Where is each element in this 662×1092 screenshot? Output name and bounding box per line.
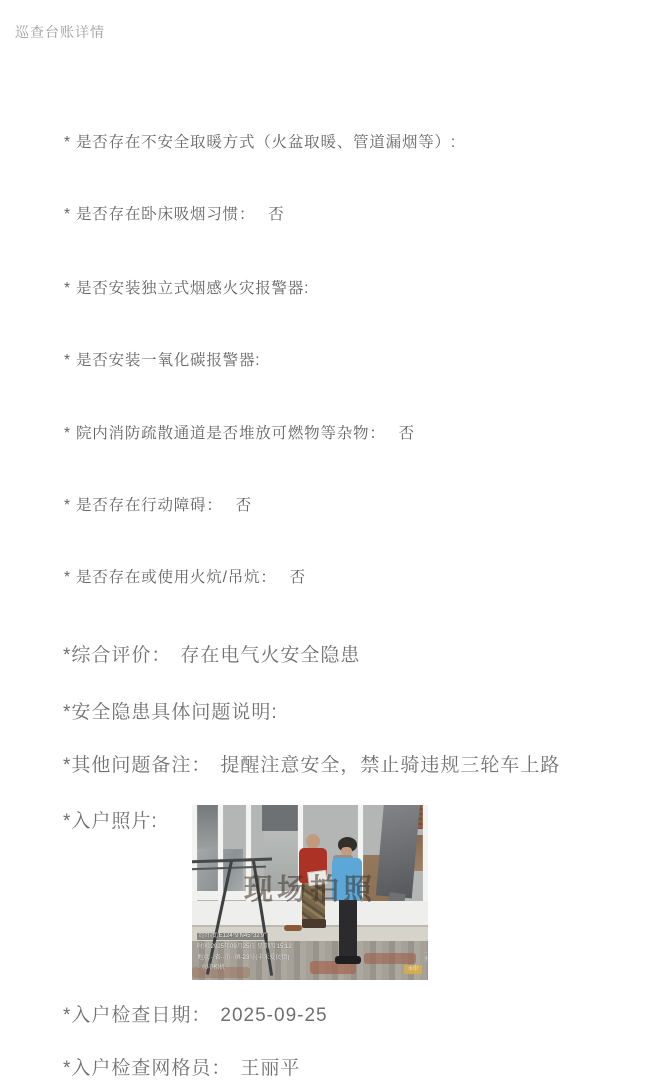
photo-screen-tarp <box>376 805 420 898</box>
question-label: * 是否存在不安全取暖方式（火盆取暖、管道漏烟等）: <box>64 134 456 151</box>
question-answer: 否 <box>290 569 306 586</box>
photo-grid-worker-person <box>335 956 361 964</box>
photo-resident-person <box>306 834 320 849</box>
question-row-kang: * 是否存在或使用火炕/吊炕：否 <box>64 568 306 588</box>
photo-watermark-badge: 水印 <box>404 965 422 974</box>
grid-worker-label: *入户检查网格员： <box>63 1058 231 1079</box>
photo-watermark-text: 现场拍照 <box>244 867 376 908</box>
question-label: * 是否安装一氧化碳报警器: <box>64 352 260 369</box>
photo-pavement-stone <box>364 953 416 964</box>
photo-watermark-app: ··水印相机 <box>197 965 225 972</box>
question-row-co-alarm: * 是否安装一氧化碳报警器: <box>64 351 273 371</box>
inspection-detail-page: 巡查台账详情 * 是否存在不安全取暖方式（火盆取暖、管道漏烟等）: * 是否存在… <box>0 0 662 1092</box>
question-answer: 否 <box>268 206 284 223</box>
question-row-escape-route: * 院内消防疏散通道是否堆放可燃物等杂物：否 <box>64 424 415 444</box>
question-answer: 否 <box>399 425 415 442</box>
overall-evaluation-value: 存在电气火安全隐患 <box>180 645 360 666</box>
page-title: 巡查台账详情 <box>15 22 105 42</box>
question-label: * 是否安装独立式烟感火灾报警器: <box>64 280 309 297</box>
hazard-description-label: *安全隐患具体问题说明: <box>63 702 278 723</box>
question-label: * 是否存在或使用火炕/吊炕： <box>64 569 277 586</box>
other-notes-value: 提醒注意安全，禁止骑违规三轮车上路 <box>220 755 560 776</box>
overall-evaluation-label: *综合评价： <box>63 645 171 666</box>
entry-photo-thumbnail[interactable]: 现场拍照 经纬度:E124°9'N45°32'9" 时间:2025年09月25日… <box>192 805 428 980</box>
question-answer: 否 <box>236 497 252 514</box>
check-date-value: 2025-09-25 <box>220 1005 327 1026</box>
photo-resident-person <box>302 919 326 928</box>
photo-grid-worker-person <box>339 900 357 958</box>
other-notes-row: *其他问题备注：提醒注意安全，禁止骑违规三轮车上路 <box>63 753 560 779</box>
question-label: * 是否存在行动障碍： <box>64 497 223 514</box>
check-date-row: *入户检查日期：2025-09-25 <box>63 1003 328 1029</box>
photo-window-pane <box>262 805 298 831</box>
photo-shoes-on-step <box>284 925 302 931</box>
check-date-label: *入户检查日期： <box>63 1005 211 1026</box>
question-row-heating: * 是否存在不安全取暖方式（火盆取暖、管道漏烟等）: <box>64 133 469 153</box>
photo-watermark-time: 时间:2025年09月25日 星期四 15:12 <box>197 944 292 951</box>
grid-worker-row: *入户检查网格员：王丽平 <box>63 1056 300 1082</box>
photo-watermark-location: 地点:··省··市··镇-23号(丰禾爱民街) <box>197 955 289 962</box>
grid-worker-value: 王丽平 <box>240 1058 300 1079</box>
entry-photo-label: *入户照片: <box>63 809 158 835</box>
question-row-smoking-in-bed: * 是否存在卧床吸烟习惯：否 <box>64 205 285 225</box>
overall-evaluation-row: *综合评价：存在电气火安全隐患 <box>63 643 360 669</box>
question-row-mobility: * 是否存在行动障碍：否 <box>64 496 252 516</box>
other-notes-label: *其他问题备注： <box>63 755 211 776</box>
question-label: * 院内消防疏散通道是否堆放可燃物等杂物： <box>64 425 386 442</box>
question-row-smoke-alarm: * 是否安装独立式烟感火灾报警器: <box>64 279 322 299</box>
question-label: * 是否存在卧床吸烟习惯： <box>64 206 255 223</box>
hazard-description-row: *安全隐患具体问题说明: <box>63 700 287 726</box>
